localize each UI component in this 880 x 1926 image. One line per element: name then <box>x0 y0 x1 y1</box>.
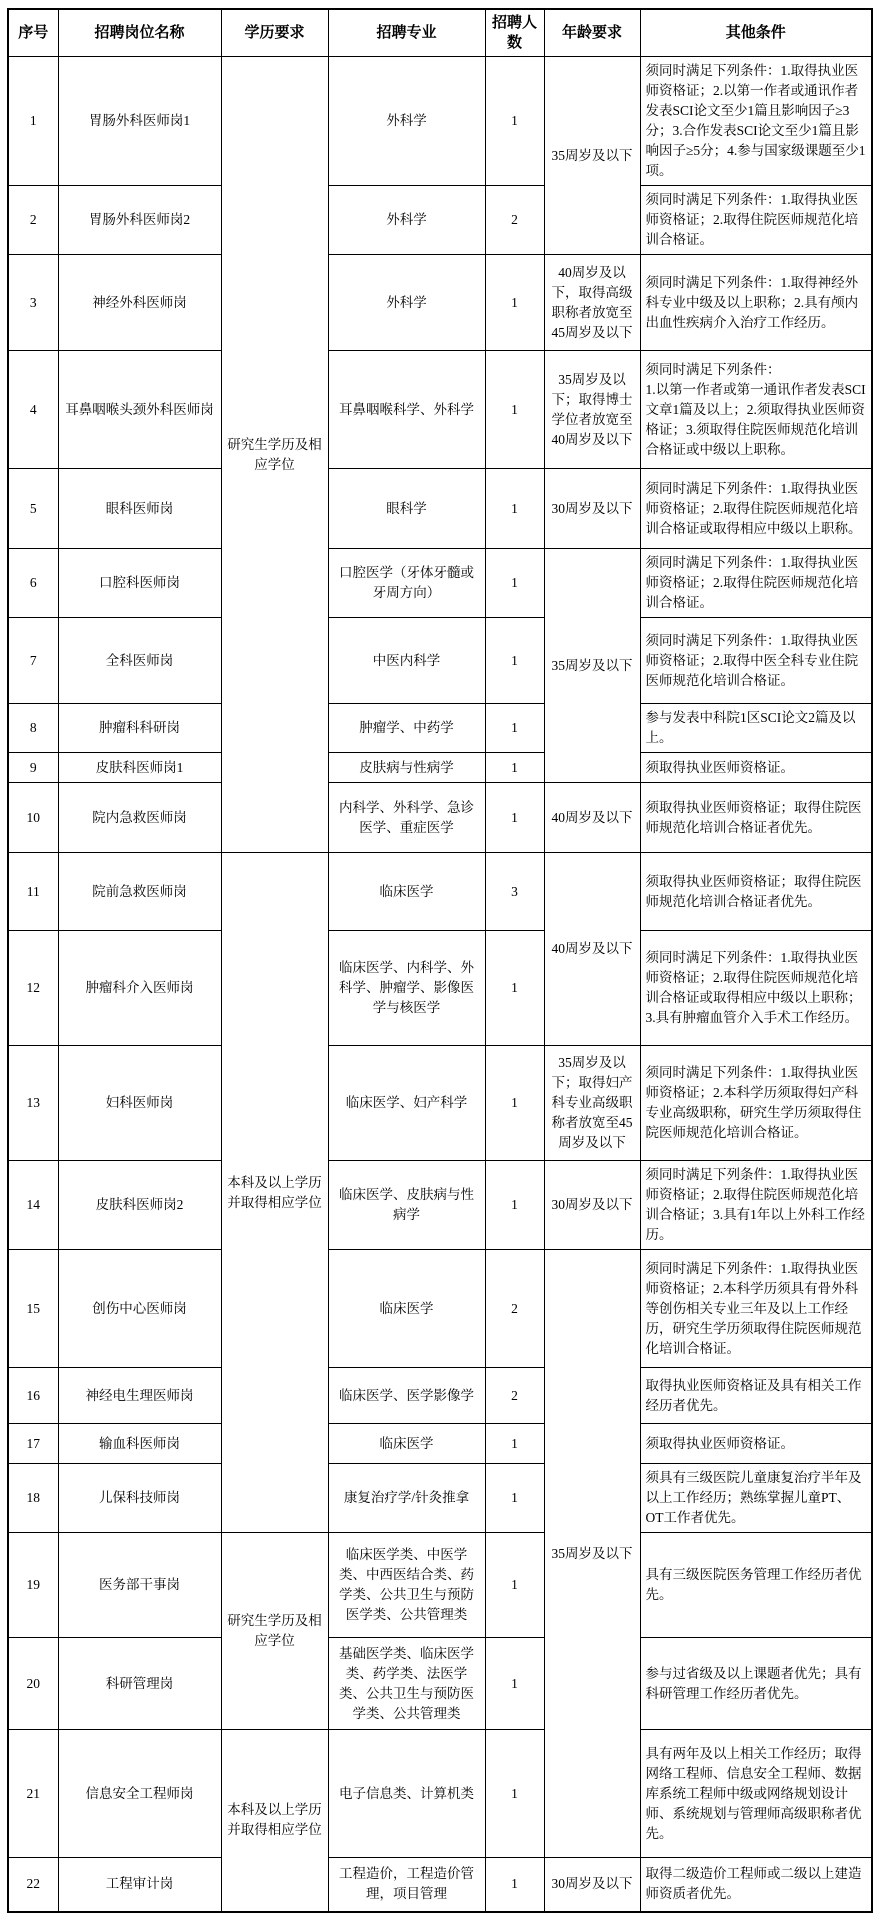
header-position: 招聘岗位名称 <box>58 9 221 57</box>
page: 序号 招聘岗位名称 学历要求 招聘专业 招聘人数 年龄要求 其他条件 1胃肠外科… <box>0 0 880 1923</box>
header-major: 招聘专业 <box>328 9 485 57</box>
cell-other-conditions: 取得执业医师资格证及具有相关工作经历者优先。 <box>640 1368 872 1424</box>
cell-other-conditions: 参与过省级及以上课题者优先；具有科研管理工作经历者优先。 <box>640 1638 872 1730</box>
cell-no: 1 <box>8 57 58 186</box>
cell-count: 1 <box>485 351 544 469</box>
table-row: 1胃肠外科医师岗1研究生学历及相应学位外科学135周岁及以下须同时满足下列条件：… <box>8 57 872 186</box>
cell-no: 20 <box>8 1638 58 1730</box>
cell-count: 1 <box>485 1638 544 1730</box>
cell-major: 外科学 <box>328 186 485 255</box>
cell-other-conditions: 须同时满足下列条件：1.取得执业医师资格证；2.以第一作者或通讯作者发表SCI论… <box>640 57 872 186</box>
cell-count: 1 <box>485 1533 544 1638</box>
cell-age: 35周岁及以下 <box>544 57 640 255</box>
cell-position: 儿保科技师岗 <box>58 1464 221 1533</box>
cell-major: 眼科学 <box>328 469 485 549</box>
cell-count: 2 <box>485 1250 544 1368</box>
cell-other-conditions: 须同时满足下列条件：1.取得执业医师资格证；2.本科学历须具有骨外科等创伤相关专… <box>640 1250 872 1368</box>
cell-other-conditions: 参与发表中科院1区SCI论文2篇及以上。 <box>640 704 872 753</box>
cell-major: 临床医学、妇产科学 <box>328 1046 485 1161</box>
cell-age: 30周岁及以下 <box>544 469 640 549</box>
cell-age: 35周岁及以下；取得博士学位者放宽至40周岁及以下 <box>544 351 640 469</box>
cell-other-conditions: 具有两年及以上相关工作经历；取得网络工程师、信息安全工程师、数据库系统工程师中级… <box>640 1730 872 1858</box>
cell-major: 口腔医学（牙体牙髓或牙周方向） <box>328 549 485 618</box>
table-row: 18儿保科技师岗康复治疗学/针灸推拿1须具有三级医院儿童康复治疗半年及以上工作经… <box>8 1464 872 1533</box>
cell-other-conditions: 须同时满足下列条件：1.取得神经外科专业中级及以上职称；2.具有颅内出血性疾病介… <box>640 255 872 351</box>
cell-no: 22 <box>8 1858 58 1912</box>
header-row: 序号 招聘岗位名称 学历要求 招聘专业 招聘人数 年龄要求 其他条件 <box>8 9 872 57</box>
cell-major: 临床医学、皮肤病与性病学 <box>328 1161 485 1250</box>
cell-count: 1 <box>485 1161 544 1250</box>
table-row: 2胃肠外科医师岗2外科学2须同时满足下列条件：1.取得执业医师资格证；2.取得住… <box>8 186 872 255</box>
cell-no: 7 <box>8 618 58 704</box>
cell-position: 皮肤科医师岗1 <box>58 753 221 783</box>
cell-education: 研究生学历及相应学位 <box>221 57 328 853</box>
cell-no: 18 <box>8 1464 58 1533</box>
cell-age: 35周岁及以下；取得妇产科专业高级职称者放宽至45周岁及以下 <box>544 1046 640 1161</box>
cell-other-conditions: 须同时满足下列条件：1.取得执业医师资格证；2.本科学历须取得妇产科专业高级职称… <box>640 1046 872 1161</box>
cell-education: 本科及以上学历并取得相应学位 <box>221 853 328 1533</box>
cell-no: 16 <box>8 1368 58 1424</box>
table-row: 13妇科医师岗临床医学、妇产科学135周岁及以下；取得妇产科专业高级职称者放宽至… <box>8 1046 872 1161</box>
cell-no: 15 <box>8 1250 58 1368</box>
cell-no: 6 <box>8 549 58 618</box>
cell-major: 工程造价，工程造价管理，项目管理 <box>328 1858 485 1912</box>
header-education: 学历要求 <box>221 9 328 57</box>
cell-count: 1 <box>485 704 544 753</box>
cell-no: 14 <box>8 1161 58 1250</box>
cell-education: 研究生学历及相应学位 <box>221 1533 328 1730</box>
cell-other-conditions: 须取得执业医师资格证。 <box>640 753 872 783</box>
cell-no: 21 <box>8 1730 58 1858</box>
cell-count: 1 <box>485 549 544 618</box>
cell-position: 口腔科医师岗 <box>58 549 221 618</box>
cell-position: 信息安全工程师岗 <box>58 1730 221 1858</box>
cell-count: 1 <box>485 931 544 1046</box>
table-row: 9皮肤科医师岗1皮肤病与性病学1须取得执业医师资格证。 <box>8 753 872 783</box>
cell-count: 1 <box>485 1464 544 1533</box>
cell-position: 神经电生理医师岗 <box>58 1368 221 1424</box>
cell-other-conditions: 取得二级造价工程师或二级以上建造师资质者优先。 <box>640 1858 872 1912</box>
cell-other-conditions: 须同时满足下列条件：1.取得执业医师资格证；2.取得住院医师规范化培训合格证。 <box>640 549 872 618</box>
cell-major: 临床医学类、中医学类、中西医结合类、药学类、公共卫生与预防医学类、公共管理类 <box>328 1533 485 1638</box>
cell-position: 院内急救医师岗 <box>58 783 221 853</box>
cell-major: 皮肤病与性病学 <box>328 753 485 783</box>
table-row: 19医务部干事岗研究生学历及相应学位临床医学类、中医学类、中西医结合类、药学类、… <box>8 1533 872 1638</box>
header-other: 其他条件 <box>640 9 872 57</box>
cell-major: 外科学 <box>328 57 485 186</box>
cell-other-conditions: 须取得执业医师资格证；取得住院医师规范化培训合格证者优先。 <box>640 783 872 853</box>
cell-position: 胃肠外科医师岗2 <box>58 186 221 255</box>
cell-count: 1 <box>485 753 544 783</box>
table-row: 5眼科医师岗眼科学130周岁及以下须同时满足下列条件：1.取得执业医师资格证；2… <box>8 469 872 549</box>
table-row: 10院内急救医师岗内科学、外科学、急诊医学、重症医学140周岁及以下须取得执业医… <box>8 783 872 853</box>
cell-no: 13 <box>8 1046 58 1161</box>
table-row: 4耳鼻咽喉头颈外科医师岗耳鼻咽喉科学、外科学135周岁及以下；取得博士学位者放宽… <box>8 351 872 469</box>
cell-major: 内科学、外科学、急诊医学、重症医学 <box>328 783 485 853</box>
cell-major: 耳鼻咽喉科学、外科学 <box>328 351 485 469</box>
cell-major: 临床医学 <box>328 853 485 931</box>
cell-count: 1 <box>485 57 544 186</box>
cell-no: 4 <box>8 351 58 469</box>
cell-other-conditions: 须同时满足下列条件：1.取得执业医师资格证；2.取得住院医师规范化培训合格证；3… <box>640 1161 872 1250</box>
header-age: 年龄要求 <box>544 9 640 57</box>
cell-no: 11 <box>8 853 58 931</box>
cell-position: 输血科医师岗 <box>58 1424 221 1464</box>
cell-position: 神经外科医师岗 <box>58 255 221 351</box>
table-body: 1胃肠外科医师岗1研究生学历及相应学位外科学135周岁及以下须同时满足下列条件：… <box>8 57 872 1912</box>
cell-major: 临床医学 <box>328 1250 485 1368</box>
cell-no: 8 <box>8 704 58 753</box>
table-row: 22工程审计岗工程造价，工程造价管理，项目管理130周岁及以下取得二级造价工程师… <box>8 1858 872 1912</box>
cell-age: 40周岁及以下 <box>544 783 640 853</box>
cell-other-conditions: 须同时满足下列条件：1.取得执业医师资格证；2.取得中医全科专业住院医师规范化培… <box>640 618 872 704</box>
cell-major: 康复治疗学/针灸推拿 <box>328 1464 485 1533</box>
cell-position: 皮肤科医师岗2 <box>58 1161 221 1250</box>
cell-major: 肿瘤学、中药学 <box>328 704 485 753</box>
cell-major: 外科学 <box>328 255 485 351</box>
cell-major: 临床医学、医学影像学 <box>328 1368 485 1424</box>
cell-other-conditions: 须具有三级医院儿童康复治疗半年及以上工作经历；熟练掌握儿童PT、OT工作者优先。 <box>640 1464 872 1533</box>
table-row: 3神经外科医师岗外科学140周岁及以下，取得高级职称者放宽至45周岁及以下须同时… <box>8 255 872 351</box>
table-row: 8肿瘤科科研岗肿瘤学、中药学1参与发表中科院1区SCI论文2篇及以上。 <box>8 704 872 753</box>
cell-no: 12 <box>8 931 58 1046</box>
table-row: 7全科医师岗中医内科学1须同时满足下列条件：1.取得执业医师资格证；2.取得中医… <box>8 618 872 704</box>
cell-position: 医务部干事岗 <box>58 1533 221 1638</box>
cell-position: 院前急救医师岗 <box>58 853 221 931</box>
cell-count: 1 <box>485 1730 544 1858</box>
cell-count: 2 <box>485 1368 544 1424</box>
cell-age: 35周岁及以下 <box>544 549 640 783</box>
table-row: 15创伤中心医师岗临床医学235周岁及以下须同时满足下列条件：1.取得执业医师资… <box>8 1250 872 1368</box>
table-row: 11院前急救医师岗本科及以上学历并取得相应学位临床医学340周岁及以下须取得执业… <box>8 853 872 931</box>
cell-position: 耳鼻咽喉头颈外科医师岗 <box>58 351 221 469</box>
cell-no: 5 <box>8 469 58 549</box>
header-count: 招聘人数 <box>485 9 544 57</box>
cell-position: 肿瘤科介入医师岗 <box>58 931 221 1046</box>
cell-other-conditions: 须同时满足下列条件：1.取得执业医师资格证；2.取得住院医师规范化培训合格证或取… <box>640 931 872 1046</box>
cell-position: 全科医师岗 <box>58 618 221 704</box>
cell-major: 临床医学、内科学、外科学、肿瘤学、影像医学与核医学 <box>328 931 485 1046</box>
cell-position: 科研管理岗 <box>58 1638 221 1730</box>
table-row: 17输血科医师岗临床医学1须取得执业医师资格证。 <box>8 1424 872 1464</box>
recruitment-table: 序号 招聘岗位名称 学历要求 招聘专业 招聘人数 年龄要求 其他条件 1胃肠外科… <box>7 8 873 1913</box>
cell-other-conditions: 须取得执业医师资格证。 <box>640 1424 872 1464</box>
table-row: 16神经电生理医师岗临床医学、医学影像学2取得执业医师资格证及具有相关工作经历者… <box>8 1368 872 1424</box>
cell-position: 创伤中心医师岗 <box>58 1250 221 1368</box>
table-row: 12肿瘤科介入医师岗临床医学、内科学、外科学、肿瘤学、影像医学与核医学1须同时满… <box>8 931 872 1046</box>
cell-age: 40周岁及以下 <box>544 853 640 1046</box>
cell-count: 1 <box>485 1424 544 1464</box>
table-header: 序号 招聘岗位名称 学历要求 招聘专业 招聘人数 年龄要求 其他条件 <box>8 9 872 57</box>
cell-count: 1 <box>485 255 544 351</box>
cell-no: 17 <box>8 1424 58 1464</box>
cell-count: 1 <box>485 783 544 853</box>
cell-position: 胃肠外科医师岗1 <box>58 57 221 186</box>
cell-count: 2 <box>485 186 544 255</box>
cell-age: 40周岁及以下，取得高级职称者放宽至45周岁及以下 <box>544 255 640 351</box>
cell-position: 眼科医师岗 <box>58 469 221 549</box>
cell-age: 30周岁及以下 <box>544 1161 640 1250</box>
cell-no: 19 <box>8 1533 58 1638</box>
cell-major: 临床医学 <box>328 1424 485 1464</box>
cell-other-conditions: 具有三级医院医务管理工作经历者优先。 <box>640 1533 872 1638</box>
cell-major: 中医内科学 <box>328 618 485 704</box>
cell-age: 30周岁及以下 <box>544 1858 640 1912</box>
cell-other-conditions: 须同时满足下列条件：1.取得执业医师资格证；2.取得住院医师规范化培训合格证或取… <box>640 469 872 549</box>
cell-other-conditions: 须取得执业医师资格证；取得住院医师规范化培训合格证者优先。 <box>640 853 872 931</box>
cell-no: 2 <box>8 186 58 255</box>
table-row: 14皮肤科医师岗2临床医学、皮肤病与性病学130周岁及以下须同时满足下列条件：1… <box>8 1161 872 1250</box>
cell-major: 基础医学类、临床医学类、药学类、法医学类、公共卫生与预防医学类、公共管理类 <box>328 1638 485 1730</box>
cell-major: 电子信息类、计算机类 <box>328 1730 485 1858</box>
cell-no: 9 <box>8 753 58 783</box>
table-row: 6口腔科医师岗口腔医学（牙体牙髓或牙周方向）135周岁及以下须同时满足下列条件：… <box>8 549 872 618</box>
cell-no: 3 <box>8 255 58 351</box>
cell-count: 1 <box>485 1046 544 1161</box>
cell-position: 妇科医师岗 <box>58 1046 221 1161</box>
cell-other-conditions: 须同时满足下列条件：1.取得执业医师资格证；2.取得住院医师规范化培训合格证。 <box>640 186 872 255</box>
cell-other-conditions: 须同时满足下列条件： 1.以第一作者或第一通讯作者发表SCI文章1篇及以上；2.… <box>640 351 872 469</box>
cell-education: 本科及以上学历并取得相应学位 <box>221 1730 328 1912</box>
cell-count: 1 <box>485 1858 544 1912</box>
cell-count: 1 <box>485 618 544 704</box>
cell-count: 3 <box>485 853 544 931</box>
cell-age: 35周岁及以下 <box>544 1250 640 1858</box>
table-row: 20科研管理岗基础医学类、临床医学类、药学类、法医学类、公共卫生与预防医学类、公… <box>8 1638 872 1730</box>
cell-no: 10 <box>8 783 58 853</box>
cell-position: 肿瘤科科研岗 <box>58 704 221 753</box>
cell-position: 工程审计岗 <box>58 1858 221 1912</box>
table-row: 21信息安全工程师岗本科及以上学历并取得相应学位电子信息类、计算机类1具有两年及… <box>8 1730 872 1858</box>
header-no: 序号 <box>8 9 58 57</box>
cell-count: 1 <box>485 469 544 549</box>
